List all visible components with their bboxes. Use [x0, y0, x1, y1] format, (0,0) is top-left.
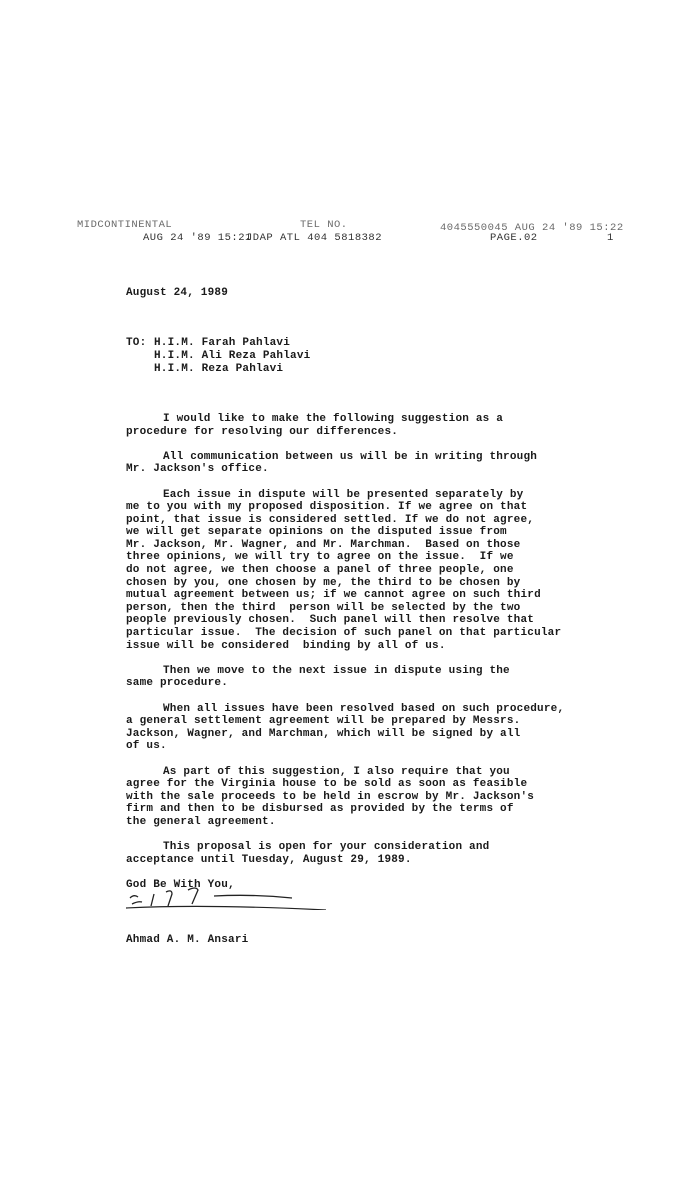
- paragraph-line: Jackson, Wagner, and Marchman, which wil…: [126, 728, 646, 741]
- signature: [126, 880, 326, 910]
- paragraph-line: issue will be considered binding by all …: [126, 640, 646, 653]
- paragraph-line: particular issue. The decision of such p…: [126, 627, 646, 640]
- paragraph-line: people previously chosen. Such panel wil…: [126, 614, 646, 627]
- fax-header-sender: JDAP ATL 404 5818382: [246, 232, 382, 244]
- paragraph-line: same procedure.: [126, 677, 646, 690]
- paragraph-line: chosen by you, one chosen by me, the thi…: [126, 577, 646, 590]
- paragraph-line: do not agree, we then choose a panel of …: [126, 564, 646, 577]
- letter-date: August 24, 1989: [126, 287, 646, 300]
- paragraph-line: me to you with my proposed disposition. …: [126, 501, 646, 514]
- fax-header-datetime: AUG 24 '89 15:21: [143, 232, 252, 244]
- fax-header-tel-label: TEL NO.: [300, 219, 348, 231]
- paragraph-line: we will get separate opinions on the dis…: [126, 526, 646, 539]
- paragraph-line: firm and then to be disbursed as provide…: [126, 803, 646, 816]
- to-label: TO:: [126, 337, 154, 375]
- paragraph-line: Each issue in dispute will be presented …: [126, 489, 646, 502]
- recipient: H.I.M. Farah Pahlavi: [154, 337, 310, 350]
- fax-header-company: MIDCONTINENTAL: [77, 219, 172, 231]
- paragraph-line: point, that issue is considered settled.…: [126, 514, 646, 527]
- paragraph-line: This proposal is open for your considera…: [126, 841, 646, 854]
- paragraph-line: a general settlement agreement will be p…: [126, 715, 646, 728]
- paragraph-line: mutual agreement between us; if we canno…: [126, 589, 646, 602]
- paragraph-line: agree for the Virginia house to be sold …: [126, 778, 646, 791]
- letter-paragraphs: I would like to make the following sugge…: [126, 413, 646, 879]
- recipients-block: TO: H.I.M. Farah Pahlavi H.I.M. Ali Reza…: [126, 337, 646, 375]
- recipient: H.I.M. Ali Reza Pahlavi: [154, 350, 310, 363]
- paragraph-line: of us.: [126, 740, 646, 753]
- paragraph-line: the general agreement.: [126, 816, 646, 829]
- paragraph-line: As part of this suggestion, I also requi…: [126, 766, 646, 779]
- fax-header-page: PAGE.02: [490, 232, 538, 244]
- paragraph-line: three opinions, we will try to agree on …: [126, 551, 646, 564]
- signatory-name: Ahmad A. M. Ansari: [126, 934, 646, 947]
- paragraph-line: Mr. Jackson's office.: [126, 463, 646, 476]
- paragraph-line: Mr. Jackson, Mr. Wagner, and Mr. Marchma…: [126, 539, 646, 552]
- letter-body: August 24, 1989 TO: H.I.M. Farah Pahlavi…: [126, 287, 646, 946]
- recipient: H.I.M. Reza Pahlavi: [154, 363, 310, 376]
- fax-header-mark: 1: [607, 232, 614, 244]
- paragraph-line: I would like to make the following sugge…: [126, 413, 646, 426]
- paragraph-line: person, then the third person will be se…: [126, 602, 646, 615]
- paragraph-line: with the sale proceeds to be held in esc…: [126, 791, 646, 804]
- paragraph-line: When all issues have been resolved based…: [126, 703, 646, 716]
- paragraph-line: procedure for resolving our differences.: [126, 426, 646, 439]
- paragraph-line: Then we move to the next issue in disput…: [126, 665, 646, 678]
- paragraph-line: acceptance until Tuesday, August 29, 198…: [126, 854, 646, 867]
- paragraph-line: All communication between us will be in …: [126, 451, 646, 464]
